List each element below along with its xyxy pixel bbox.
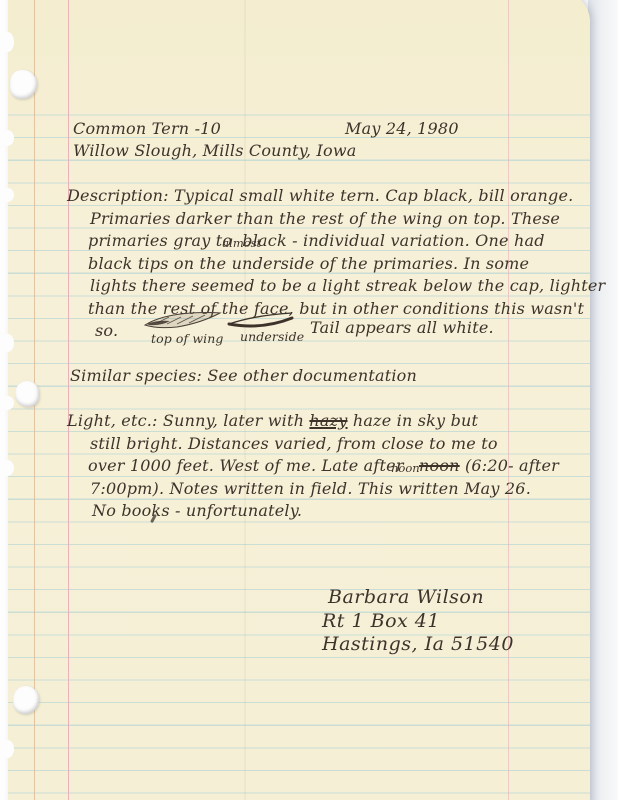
paper-crease	[244, 0, 246, 800]
description-tail-note: Tail appears all white.	[310, 317, 494, 339]
conditions-line-1: Light, etc.: Sunny, later with hazy haze…	[67, 410, 478, 432]
inserted-word-almost: almost	[222, 232, 261, 254]
left-margin-line	[68, 0, 69, 800]
description-line-1: Description: Typical small white tern. C…	[67, 185, 573, 207]
description-line-7-so: so.	[95, 320, 118, 342]
struck-word-hazy: hazy	[309, 411, 347, 430]
similar-species-line: Similar species: See other documentation	[70, 365, 417, 387]
torn-edge-notch	[1, 396, 14, 410]
conditions-line-1-end: haze in sky but	[348, 411, 479, 430]
conditions-line-5: No books - unfortunately.	[92, 500, 302, 522]
conditions-line-3-end: (6:20- after	[460, 456, 559, 475]
observation-date: May 24, 1980	[345, 118, 459, 140]
punch-hole-middle	[15, 381, 39, 407]
conditions-line-1-start: Light, etc.: Sunny, later with	[67, 411, 309, 430]
signature-address-2: Hastings, Ia 51540	[322, 633, 514, 655]
scan-background-band	[588, 0, 618, 800]
signature-address-1: Rt 1 Box 41	[322, 610, 440, 632]
species-title: Common Tern -10	[73, 118, 221, 140]
description-line-2: Primaries darker than the rest of the wi…	[90, 208, 560, 230]
conditions-line-3: over 1000 feet. West of me. Late after n…	[88, 455, 559, 477]
location-line: Willow Slough, Mills County, Iowa	[73, 140, 356, 162]
description-line-3: primaries gray toalmostblack - individua…	[88, 230, 545, 252]
signature-name: Barbara Wilson	[328, 586, 484, 608]
torn-edge-notch	[1, 740, 14, 758]
conditions-line-3-start: over 1000 feet. West of me. Late after	[88, 456, 409, 475]
torn-edge-notch	[1, 460, 14, 476]
description-line-3-start: primaries gray to	[88, 231, 232, 250]
conditions-line-4: 7:00pm). Notes written in field. This wr…	[90, 478, 531, 500]
torn-edge-notch	[1, 188, 14, 202]
torn-edge-notch	[1, 334, 14, 352]
description-line-5: lights there seemed to be a light streak…	[90, 275, 605, 297]
inserted-word-noon: noon	[391, 457, 420, 479]
description-line-4: black tips on the underside of the prima…	[88, 253, 529, 275]
torn-edge-notch	[1, 130, 14, 146]
notebook-paper: Common Tern -10 May 24, 1980 Willow Slou…	[8, 0, 590, 800]
sketch-label-top-of-wing: top of wing	[151, 328, 224, 350]
struck-word-noon: noon	[419, 456, 460, 475]
description-line-3-end: black - individual variation. One had	[242, 231, 544, 250]
right-margin-line	[508, 0, 509, 800]
torn-edge-notch	[1, 32, 14, 52]
conditions-line-2: still bright. Distances varied, from clo…	[90, 433, 498, 455]
sketch-label-underside: underside	[240, 326, 304, 348]
